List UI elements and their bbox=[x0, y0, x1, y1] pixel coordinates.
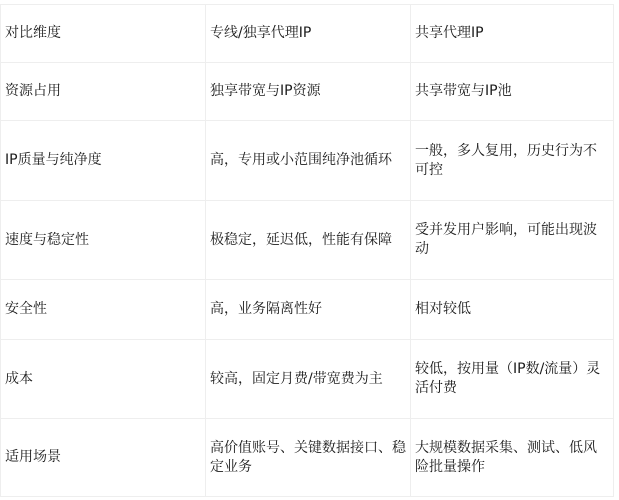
cell-dedicated: 高，专用或小范围纯净池循环 bbox=[206, 121, 411, 201]
cell-dimension: 安全性 bbox=[1, 280, 206, 340]
cell-dedicated: 较高，固定月费/带宽费为主 bbox=[206, 340, 411, 419]
cell-shared: 受并发用户影响，可能出现波动 bbox=[411, 201, 614, 280]
cell-dimension: 资源占用 bbox=[1, 63, 206, 121]
cell-dimension: 适用场景 bbox=[1, 419, 206, 497]
table-row: 适用场景 高价值账号、关键数据接口、稳定业务 大规模数据采集、测试、低风险批量操… bbox=[1, 419, 614, 497]
header-cell-shared: 共享代理IP bbox=[411, 5, 614, 63]
cell-dimension: 速度与稳定性 bbox=[1, 201, 206, 280]
table-row: 安全性 高，业务隔离性好 相对较低 bbox=[1, 280, 614, 340]
cell-shared: 一般，多人复用，历史行为不可控 bbox=[411, 121, 614, 201]
header-cell-dimension: 对比维度 bbox=[1, 5, 206, 63]
cell-shared: 较低，按用量（IP数/流量）灵活付费 bbox=[411, 340, 614, 419]
cell-dimension: 成本 bbox=[1, 340, 206, 419]
cell-shared: 共享带宽与IP池 bbox=[411, 63, 614, 121]
cell-dedicated: 独享带宽与IP资源 bbox=[206, 63, 411, 121]
cell-shared: 大规模数据采集、测试、低风险批量操作 bbox=[411, 419, 614, 497]
table-row: 速度与稳定性 极稳定，延迟低，性能有保障 受并发用户影响，可能出现波动 bbox=[1, 201, 614, 280]
cell-dedicated: 极稳定，延迟低，性能有保障 bbox=[206, 201, 411, 280]
comparison-table: 对比维度 专线/独享代理IP 共享代理IP 资源占用 独享带宽与IP资源 共享带… bbox=[0, 4, 614, 497]
table-row: IP质量与纯净度 高，专用或小范围纯净池循环 一般，多人复用，历史行为不可控 bbox=[1, 121, 614, 201]
cell-dimension: IP质量与纯净度 bbox=[1, 121, 206, 201]
cell-dedicated: 高，业务隔离性好 bbox=[206, 280, 411, 340]
cell-dedicated: 高价值账号、关键数据接口、稳定业务 bbox=[206, 419, 411, 497]
table-row: 成本 较高，固定月费/带宽费为主 较低，按用量（IP数/流量）灵活付费 bbox=[1, 340, 614, 419]
table-row: 资源占用 独享带宽与IP资源 共享带宽与IP池 bbox=[1, 63, 614, 121]
header-cell-dedicated: 专线/独享代理IP bbox=[206, 5, 411, 63]
cell-shared: 相对较低 bbox=[411, 280, 614, 340]
table-header-row: 对比维度 专线/独享代理IP 共享代理IP bbox=[1, 5, 614, 63]
